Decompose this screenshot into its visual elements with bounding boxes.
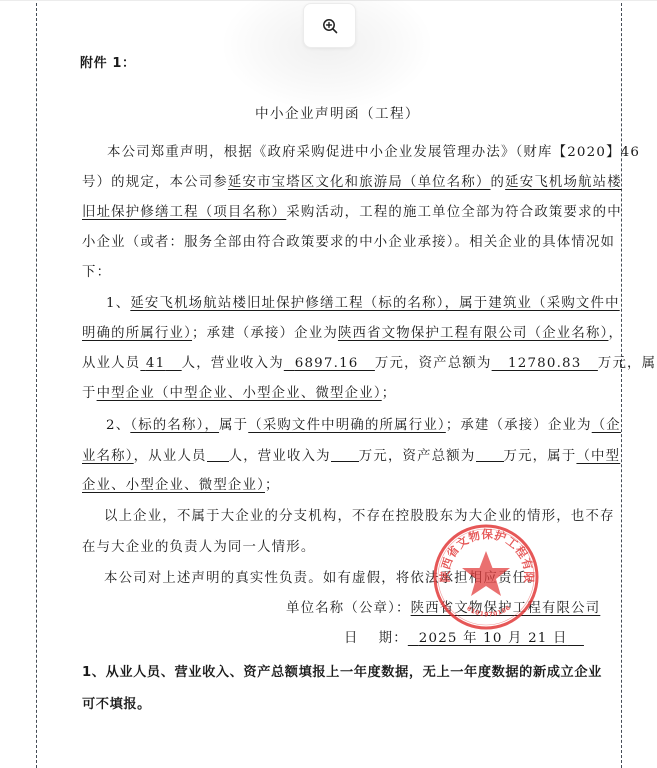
- closing-line-2: 在与大企业的负责人为同一人情形。: [82, 539, 315, 557]
- intro-line-2: 号）的规定，本公司参延安市宝塔区文化和旅游局（单位名称）的延安飞机场航站楼: [82, 174, 622, 192]
- signature-unit: 单位名称（公章）：陕西省文物保护工程有限公司: [286, 600, 600, 618]
- signature-date-label: 日 期：: [344, 631, 408, 646]
- item2-industry: （采购文件中明确的所属行业）: [248, 418, 446, 433]
- project-name-part2: 旧址保护修缮工程（项目名称）: [82, 205, 286, 220]
- intro-line-1: 本公司郑重声明，根据《政府采购促进中小企业发展管理办法》（财库【2020】46: [107, 144, 640, 162]
- item1-assets-value: 12780.83: [492, 356, 598, 371]
- item1-industry: 明确的所属行业）: [82, 326, 192, 341]
- document-title: 中小企业声明函（工程）: [255, 105, 420, 123]
- closing-line-3: 本公司对上述声明的真实性负责。如有虚假，将依法承担相应责任。: [104, 570, 542, 588]
- intro-line-3: 旧址保护修缮工程（项目名称）采购活动，工程的施工单位全部为符合政策要求的中: [82, 204, 622, 222]
- attachment-label: 附件 1：: [80, 55, 136, 73]
- zoom-in-icon: [322, 18, 338, 34]
- item1-employees-value: 41: [140, 356, 181, 371]
- item2-line-2: 业名称），从业人员人，营业收入为万元，资产总额为万元，属于（中型: [82, 447, 620, 466]
- item2-line-1: 2、（标的名称），属于（采购文件中明确的所属行业）；承建（承接）企业为（企: [106, 417, 621, 435]
- footnote-line-1: 1、从业人员、营业收入、资产总额填报上一年度数据，无上一年度数据的新成立企业: [82, 664, 602, 682]
- item2-contractor-part2: 业名称）: [82, 449, 134, 464]
- project-name-part1: 延安飞机场航站楼: [505, 175, 622, 190]
- item2-category-part1: （中型: [576, 449, 620, 464]
- item1-subject: 延安飞机场航站楼旧址保护修缮工程（标的名称），属于建筑业（采购文件中: [130, 296, 619, 311]
- item2-revenue-blank: [331, 447, 359, 462]
- item1-line-2: 明确的所属行业）；承建（承接）企业为陕西省文物保护工程有限公司（企业名称），: [82, 325, 623, 343]
- item1-category: 中型企业（中型企业、小型企业、微型企业）: [97, 386, 382, 401]
- footnote-line-2: 可不填报。: [82, 696, 151, 714]
- purchaser-name: 延安市宝塔区文化和旅游局（单位名称）: [228, 175, 491, 190]
- item2-contractor-part1: （企: [592, 418, 621, 433]
- item1-line-4: 于中型企业（中型企业、小型企业、微型企业）；: [82, 385, 396, 403]
- closing-line-1: 以上企业，不属于大企业的分支机构，不存在控股股东为大企业的情形，也不存: [104, 508, 615, 526]
- intro-line-4: 小企业（或者：服务全部由符合政策要求的中小企业承接）。相关企业的具体情况如: [82, 234, 615, 252]
- item1-line-3: 从业人员 41 人，营业收入为 6897.16 万元，资产总额为 12780.8…: [82, 355, 656, 373]
- signature-unit-label: 单位名称（公章）：: [286, 601, 411, 616]
- item2-line-3: 企业、小型企业、微型企业）；: [82, 477, 280, 495]
- zoom-in-button[interactable]: [303, 3, 356, 48]
- item2-employees-blank: [207, 447, 229, 462]
- signature-date: 日 期： 2025 年 10 月 21 日: [344, 630, 584, 648]
- item1-contractor: 陕西省文物保护工程有限公司（企业名称）: [338, 326, 609, 341]
- item1-line-1: 1、延安飞机场航站楼旧址保护修缮工程（标的名称），属于建筑业（采购文件中: [106, 295, 620, 313]
- signature-date-value: 2025 年 10 月 21 日: [408, 631, 584, 646]
- item2-category-part2: 企业、小型企业、微型企业）: [82, 478, 265, 493]
- item1-revenue-value: 6897.16: [284, 356, 375, 371]
- signature-unit-name: 陕西省文物保护工程有限公司: [411, 601, 601, 616]
- item2-assets-blank: [476, 447, 504, 462]
- item2-subject: （标的名称），: [130, 418, 219, 433]
- intro-line-5: 下：: [82, 264, 111, 282]
- document-page: 附件 1： 中小企业声明函（工程） 本公司郑重声明，根据《政府采购促进中小企业发…: [0, 0, 657, 768]
